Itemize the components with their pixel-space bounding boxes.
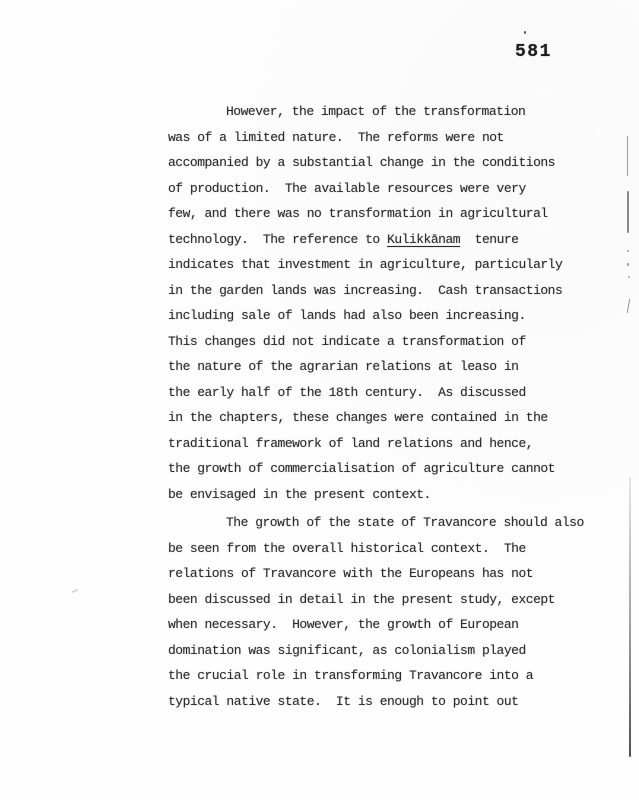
scan-artifact-streak	[627, 191, 629, 233]
text-line: be seen from the overall historical cont…	[168, 536, 588, 562]
text-line: typical native state. It is enough to po…	[168, 689, 588, 715]
text-line: However, the impact of the transformatio…	[168, 99, 588, 125]
text-line: the nature of the agrarian relations at …	[168, 354, 588, 380]
ink-speck	[524, 31, 526, 34]
text-line: indicates that investment in agriculture…	[168, 252, 588, 278]
scan-artifact-speck	[627, 250, 629, 252]
text-line: the early half of the 18th century. As d…	[168, 380, 588, 406]
text-line: This changes did not indicate a transfor…	[168, 329, 588, 355]
text-line: be envisaged in the present context.	[168, 482, 588, 508]
paragraph: However, the impact of the transformatio…	[168, 99, 588, 507]
text-line: when necessary. However, the growth of E…	[168, 612, 588, 638]
text-line: the growth of commercialisation of agric…	[168, 456, 588, 482]
text-line: traditional framework of land relations …	[168, 431, 588, 457]
scan-artifact-streak	[627, 299, 630, 313]
text-line: of production. The available resources w…	[168, 176, 588, 202]
text-segment: tenure	[460, 232, 518, 247]
scan-artifact-speck	[627, 263, 629, 266]
text-line: in the garden lands was increasing. Cash…	[168, 278, 588, 304]
scan-artifact-streak	[627, 136, 628, 176]
scan-artifact-speck	[628, 276, 630, 278]
text-line: been discussed in detail in the present …	[168, 587, 588, 613]
text-line: was of a limited nature. The reforms wer…	[168, 125, 588, 151]
paragraph: The growth of the state of Travancore sh…	[168, 510, 588, 714]
underlined-term: Kulikkānam	[387, 232, 460, 247]
text-line: few, and there was no transformation in …	[168, 201, 588, 227]
text-line: domination was significant, as coloniali…	[168, 638, 588, 664]
text-segment: technology. The reference to	[168, 232, 387, 247]
text-line: including sale of lands had also been in…	[168, 303, 588, 329]
text-line: accompanied by a substantial change in t…	[168, 150, 588, 176]
text-line: technology. The reference to Kulikkānam …	[168, 227, 588, 253]
text-line: The growth of the state of Travancore sh…	[168, 510, 588, 536]
scanned-page: 581 However, the impact of the transform…	[0, 0, 639, 800]
scan-artifact-streak	[629, 477, 631, 757]
ink-speck	[72, 589, 78, 593]
text-line: the crucial role in transforming Travanc…	[168, 663, 588, 689]
document-text: However, the impact of the transformatio…	[168, 99, 588, 714]
text-line: in the chapters, these changes were cont…	[168, 405, 588, 431]
page-number: 581	[515, 42, 552, 62]
text-line: relations of Travancore with the Europea…	[168, 561, 588, 587]
